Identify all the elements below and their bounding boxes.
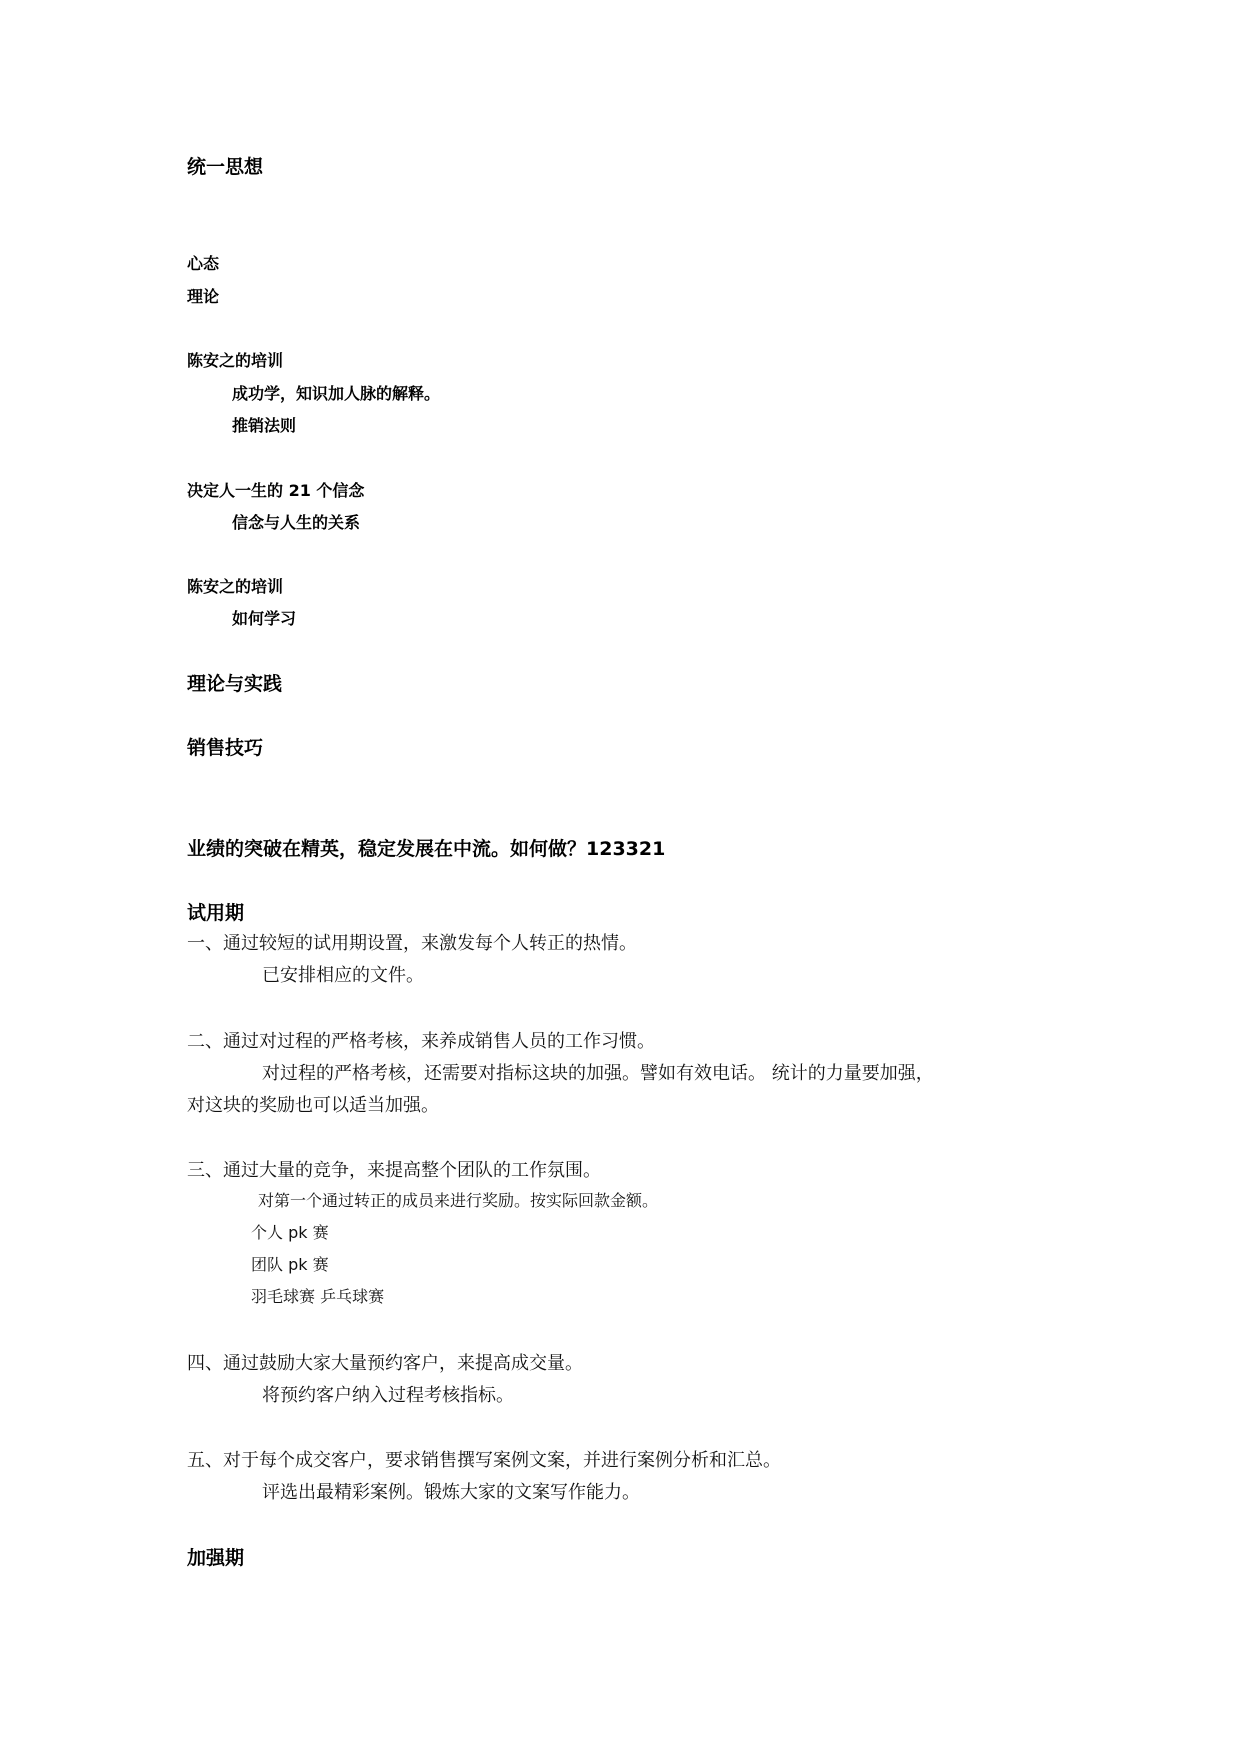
label-theory: 理论 [187,284,219,307]
probation-note: 对第一个通过转正的成员来进行奖励。按实际回款金额。 [258,1188,658,1211]
probation-point: 二、通过对过程的严格考核，来养成销售人员的工作习惯。 [187,1027,655,1053]
probation-point: 一、通过较短的试用期设置，来激发每个人转正的热情。 [187,929,637,955]
heading-strengthening: 加强期 [187,1543,244,1570]
heading-theory-practice: 理论与实践 [187,669,282,696]
beliefs-item: 信念与人生的关系 [232,510,360,533]
probation-point: 五、对于每个成交客户，要求销售撰写案例文案，并进行案例分析和汇总。 [187,1446,781,1472]
training-2-item: 如何学习 [232,606,296,629]
probation-note: 评选出最精彩案例。锻炼大家的文案写作能力。 [262,1478,640,1504]
training-1-item: 推销法则 [232,413,296,436]
probation-note: 羽毛球赛 乒乓球赛 [251,1284,384,1307]
probation-point: 四、通过鼓励大家大量预约客户，来提高成交量。 [187,1349,583,1375]
headline: 业绩的突破在精英，稳定发展在中流。如何做？123321 [187,834,665,861]
probation-note: 个人 pk 赛 [251,1220,329,1243]
probation-note: 团队 pk 赛 [251,1252,329,1275]
heading-sales-skills: 销售技巧 [187,733,263,760]
training-1-item: 成功学，知识加人脉的解释。 [232,381,440,404]
probation-note: 已安排相应的文件。 [262,961,424,987]
beliefs-title: 决定人一生的 21 个信念 [187,478,364,501]
heading-probation: 试用期 [187,898,244,925]
heading-unify-thinking: 统一思想 [187,152,263,179]
probation-note: 对过程的严格考核，还需要对指标这块的加强。譬如有效电话。 统计的力量要加强， [262,1059,934,1085]
probation-note: 将预约客户纳入过程考核指标。 [262,1381,514,1407]
probation-note: 对这块的奖励也可以适当加强。 [187,1091,439,1117]
training-title-1: 陈安之的培训 [187,348,283,371]
training-title-2: 陈安之的培训 [187,574,283,597]
probation-point: 三、通过大量的竞争，来提高整个团队的工作氛围。 [187,1156,601,1182]
heading-mindset: 心态 [187,251,219,274]
